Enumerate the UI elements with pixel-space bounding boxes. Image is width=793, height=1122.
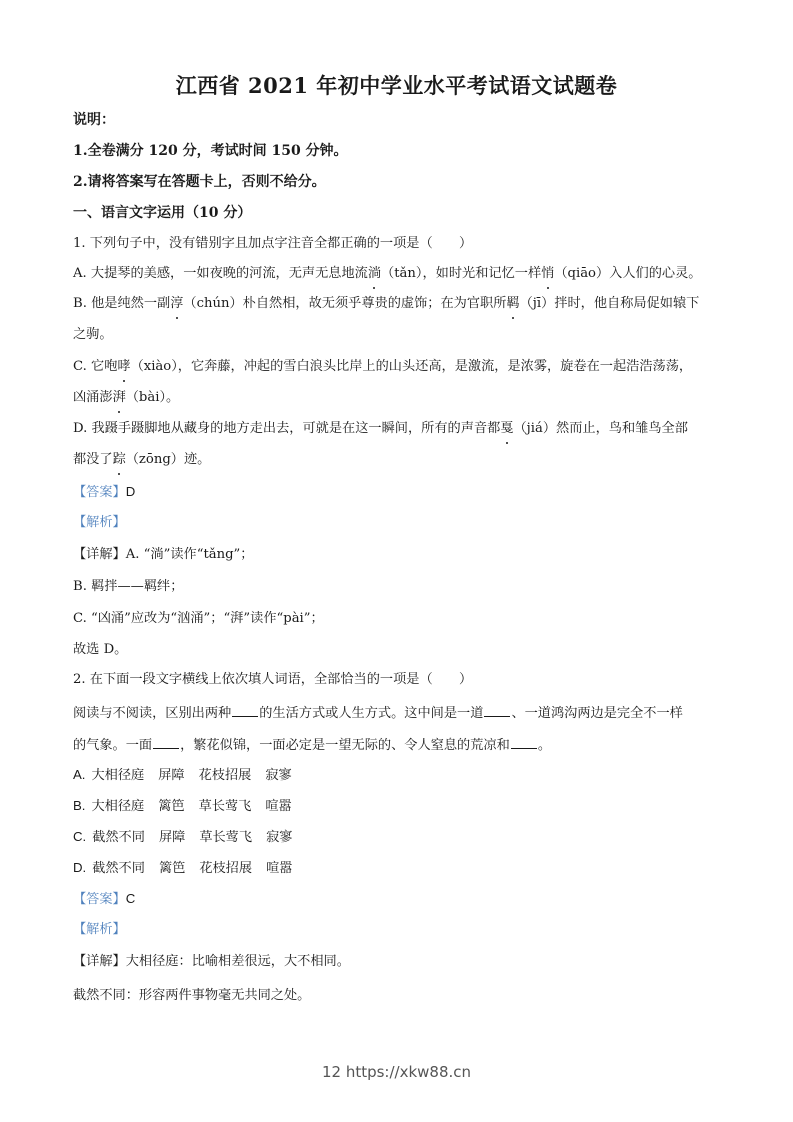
q2-analysis-label: 【解析】 <box>73 920 733 940</box>
q2-answer: 【答案】C <box>73 889 733 910</box>
question-2-stem: 2. 在下面一段文字横线上依次填人词语，全部恰当的一项是（ ） <box>73 670 733 690</box>
q1-detail: 【详解】A. “淌”读作“tǎng”； <box>73 545 733 565</box>
blank-1 <box>232 702 258 717</box>
q1-option-d: D. 我蹑手蹑脚地从藏身的地方走出去，可就是在这一瞬间，所有的声音都戛（jiá）… <box>73 419 733 439</box>
page-footer: 12 https://xkw88.cn <box>0 1063 793 1081</box>
instructions-heading: 说明： <box>73 110 733 130</box>
q2-detail-2: 截然不同：形容两件事物毫无共同之处。 <box>73 986 733 1006</box>
q1-answer: 【答案】D <box>73 482 733 503</box>
q2-option-c: C.截然不同屏障草长莺飞寂寥 <box>73 827 733 848</box>
blank-4 <box>511 734 537 749</box>
q1-detail-b: B. 羁拌——羁绊； <box>73 577 733 597</box>
q2-option-b: B.大相径庭篱笆草长莺飞喧嚣 <box>73 796 733 817</box>
q2-passage-line2: 的气象。一面，繁花似锦，一面必定是一望无际的、令人窒息的荒凉和。 <box>73 734 733 756</box>
q1-detail-c: C. “凶涌”应改为“汹涌”；“湃”读作“pài”； <box>73 609 733 629</box>
q2-option-a: A.大相径庭屏障花枝招展寂寥 <box>73 765 733 786</box>
q2-detail: 【详解】大相径庭：比喻相差很远，大不相同。 <box>73 952 733 972</box>
page-title: 江西省 2021 年初中学业水平考试语文试题卷 <box>0 70 793 100</box>
q1-option-d-cont: 都没了踪（zōng）迹。 <box>73 450 733 470</box>
instruction-item: 1.全卷满分 120 分，考试时间 150 分钟。 <box>73 141 733 161</box>
q1-option-c: C. 它咆哮（xiào），它奔藤，冲起的雪白浪头比岸上的山头还高，是激流，是浓雾… <box>73 357 733 377</box>
q1-option-a: A. 大提琴的美感，一如夜晚的河流，无声无息地流淌（tǎn），如时光和记忆一样悄… <box>73 264 733 284</box>
blank-2 <box>484 702 510 717</box>
q1-option-b-cont: 之驹。 <box>73 325 733 345</box>
document-page: 江西省 2021 年初中学业水平考试语文试题卷 说明： 1.全卷满分 120 分… <box>0 0 793 1122</box>
q1-analysis-label: 【解析】 <box>73 513 733 533</box>
q2-option-d: D.截然不同篱笆花枝招展喧嚣 <box>73 858 733 879</box>
q1-option-c-cont: 凶涌澎湃（bài）。 <box>73 388 733 408</box>
instruction-item: 2.请将答案写在答题卡上，否则不给分。 <box>73 172 733 192</box>
section-heading: 一、语言文字运用（10 分） <box>73 203 733 223</box>
q1-option-b: B. 他是纯然一副淳（chún）朴自然相，故无须乎尊贵的虚饰；在为官职所羁（jī… <box>73 294 733 314</box>
question-1-stem: 1. 下列句子中，没有错别字且加点字注音全都正确的一项是（ ） <box>73 234 733 254</box>
q2-passage-line1: 阅读与不阅读，区别出两种的生活方式或人生方式。这中间是一道、一道鸿沟两边是完全不… <box>73 702 733 724</box>
blank-3 <box>153 734 179 749</box>
q1-conclusion: 故选 D。 <box>73 640 733 660</box>
